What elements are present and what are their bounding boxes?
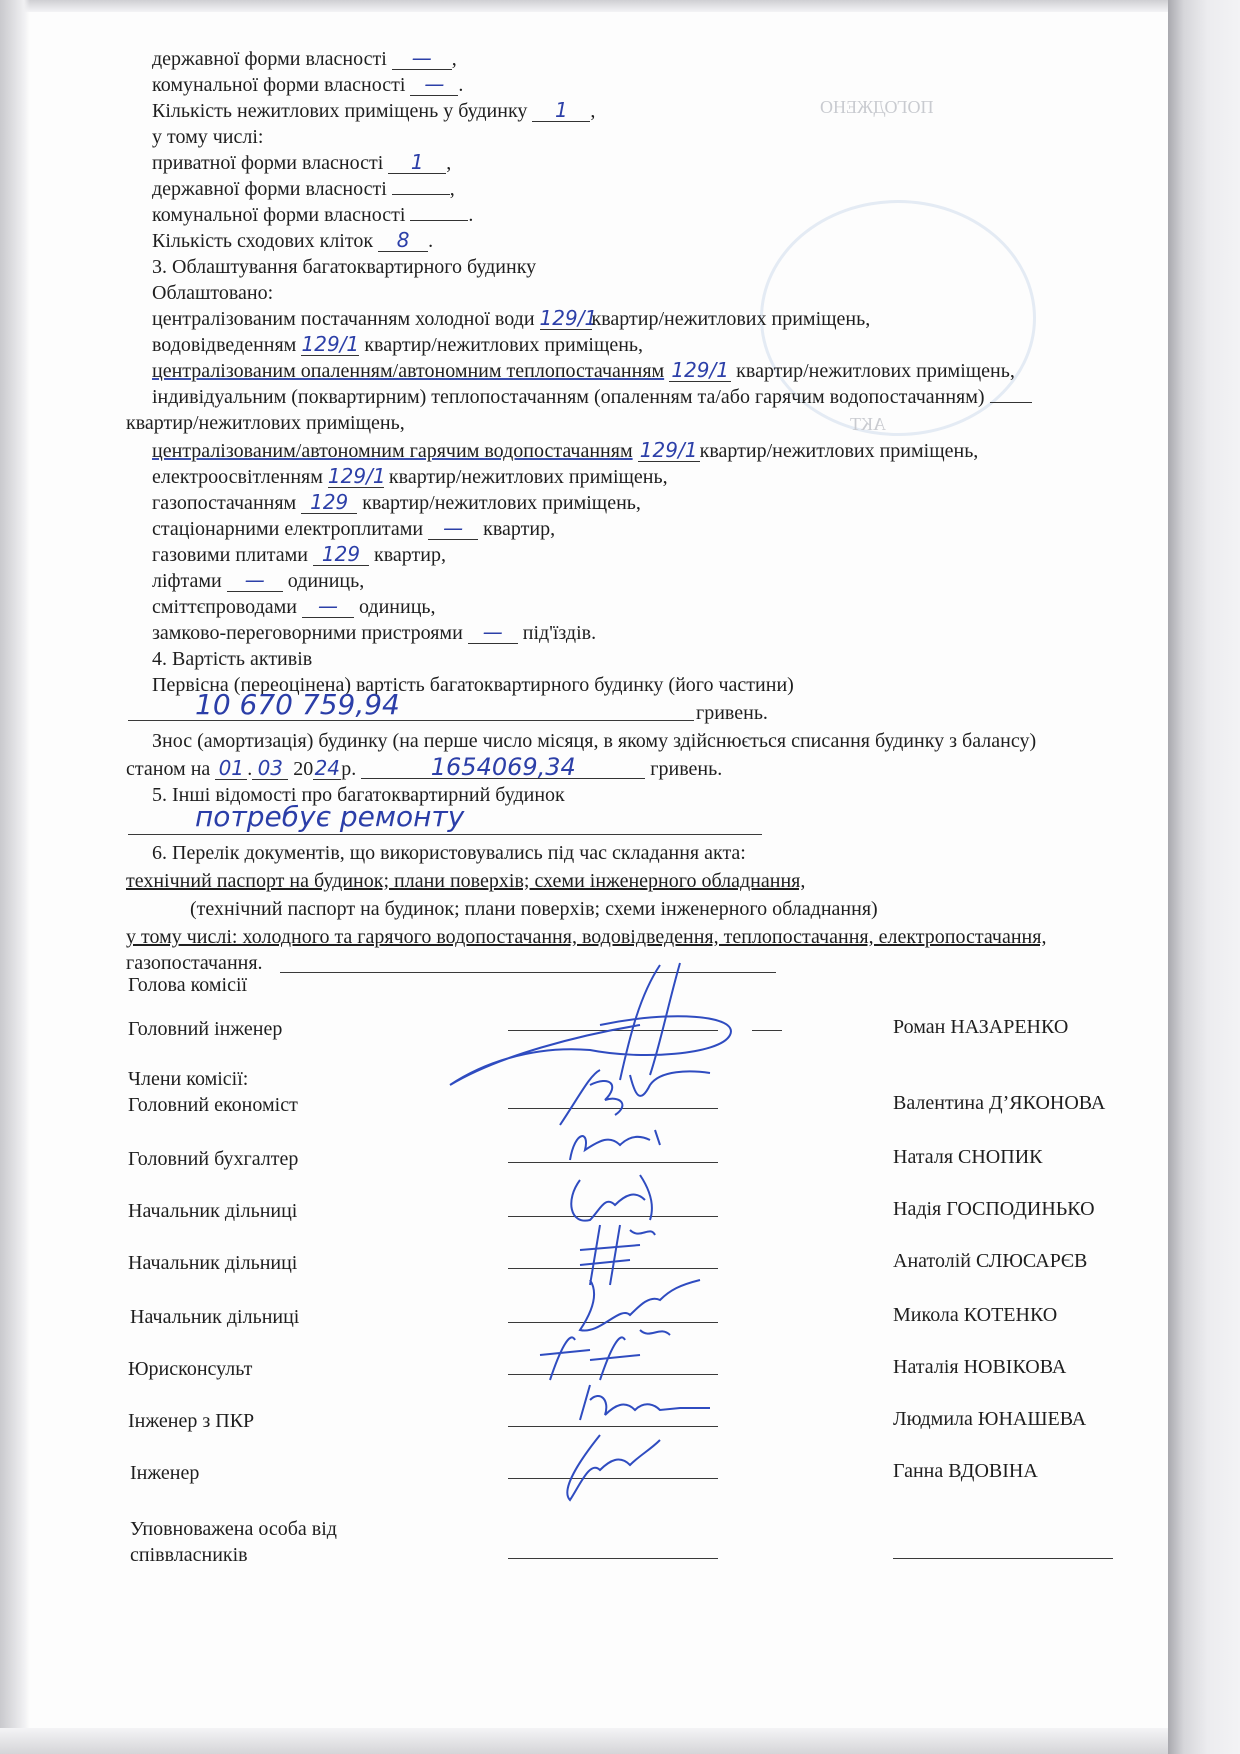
gas-stoves-value: 129	[313, 543, 369, 566]
bleed-through-act: АКТ	[850, 412, 886, 437]
nonresidential-count-value: 1	[532, 99, 590, 122]
name-site-manager-3: Микола КОТЕНКО	[893, 1304, 1057, 1327]
suffix: квартир/нежитлових приміщень,	[592, 308, 871, 330]
individual-heating-value	[990, 402, 1032, 403]
initial-value: 10 670 759,94	[195, 688, 400, 721]
label: централізованим/автономним гарячим водоп…	[152, 440, 633, 462]
signature-pkr-engineer	[560, 1380, 720, 1430]
hot-water-value: 129/1	[638, 439, 700, 462]
electric-lighting-line: електроосвітленням 129/1 квартир/нежитло…	[152, 464, 668, 490]
private-property-line: приватної форми власності 1,	[152, 150, 451, 176]
label: індивідуальним (поквартирним) теплопоста…	[152, 386, 985, 408]
gas-supply-line: газопостачанням 129 квартир/нежитлових п…	[152, 490, 641, 516]
communal-property-value-2	[410, 220, 468, 221]
signature-line-authorized-person	[508, 1558, 718, 1559]
including-label: у тому числі:	[152, 124, 263, 150]
suffix: одиниць,	[288, 570, 365, 592]
suffix: квартир/нежитлових приміщень,	[736, 360, 1015, 382]
state-property-line: державної форми власності —,	[152, 46, 457, 72]
as-of-year-suffix: 24	[313, 757, 341, 780]
label: державної форми власності	[152, 48, 387, 70]
name-line-authorized-person	[893, 1558, 1113, 1559]
intercoms-value: —	[468, 621, 518, 644]
intercoms-line: замково-переговорними пристроями — під'ї…	[152, 620, 596, 646]
suffix: квартир/нежитлових приміщень,	[362, 492, 641, 514]
role-site-manager-1: Начальник дільниці	[128, 1200, 297, 1223]
nonresidential-count-line: Кількість нежитлових приміщень у будинку…	[152, 98, 595, 124]
label: централізованим опаленням/автономним теп…	[152, 360, 664, 382]
suffix: під'їздів.	[523, 622, 596, 644]
elevators-line: ліфтами — одиниць,	[152, 568, 364, 594]
role-legal-counsel: Юрисконсульт	[128, 1358, 252, 1381]
label: замково-переговорними пристроями	[152, 622, 463, 644]
role-pkr-engineer: Інженер з ПКР	[128, 1410, 254, 1433]
label: Кількість нежитлових приміщень у будинку	[152, 100, 527, 122]
role-site-manager-3: Начальник дільниці	[130, 1306, 299, 1329]
section-3-heading: 3. Облаштування багатоквартирного будинк…	[152, 254, 536, 280]
initial-value-currency: гривень.	[696, 700, 768, 726]
depreciation-value: 1654069,34	[361, 756, 645, 779]
role-engineer: Інженер	[130, 1462, 199, 1485]
signature-engineer	[540, 1430, 680, 1505]
electric-stoves-value: —	[428, 517, 478, 540]
state-property-value-2	[392, 194, 450, 195]
suffix: квартир,	[483, 518, 555, 540]
central-heating-line: централізованим опаленням/автономним теп…	[152, 358, 1015, 384]
name-legal-counsel: Наталія НОВІКОВА	[893, 1356, 1066, 1379]
documents-line-1: технічний паспорт на будинок; плани пове…	[126, 868, 805, 894]
communal-property-line-2: комунальної форми власності .	[152, 202, 473, 228]
label: водовідведенням	[152, 334, 296, 356]
depreciation-label: Знос (амортизація) будинку (на перше чис…	[152, 728, 1036, 754]
bleed-through-approved: ПОГОДЖЕНО	[820, 95, 933, 120]
label: стаціонарними електроплитами	[152, 518, 423, 540]
private-property-value: 1	[388, 151, 446, 174]
label: ліфтами	[152, 570, 222, 592]
as-of-month: 03	[252, 757, 288, 780]
as-of-label: станом на	[126, 758, 210, 780]
authorized-person-label-2: співвласників	[130, 1544, 248, 1567]
central-heating-value: 129/1	[669, 359, 731, 382]
name-chief-economist: Валентина Д’ЯКОНОВА	[893, 1092, 1105, 1115]
documents-line-3: газопостачання.	[126, 950, 263, 976]
as-of-day: 01	[215, 757, 247, 780]
sewage-value: 129/1	[301, 333, 359, 356]
other-info-value: потребує ремонту	[195, 800, 464, 833]
documents-hint: (технічний паспорт на будинок; плани пов…	[190, 896, 878, 922]
label: газовими плитами	[152, 544, 308, 566]
scan-edge-left	[0, 0, 30, 1754]
commission-chair-label: Голова комісії	[128, 974, 247, 997]
suffix: квартир,	[374, 544, 446, 566]
suffix: квартир/нежитлових приміщень,	[364, 334, 643, 356]
name-site-manager-2: Анатолій СЛЮСАРЄВ	[893, 1250, 1087, 1273]
individual-heating-line: індивідуальним (поквартирним) теплопоста…	[152, 384, 1032, 410]
other-info-underline	[128, 834, 762, 835]
label: комунальної форми власності	[152, 74, 405, 96]
scan-edge-bottom	[0, 1728, 1240, 1754]
role-chief-engineer: Головний інженер	[128, 1018, 282, 1041]
sewage-line: водовідведенням 129/1 квартир/нежитлових…	[152, 332, 643, 358]
elevators-value: —	[227, 569, 283, 592]
electric-lighting-value: 129/1	[328, 465, 384, 488]
as-of-year-prefix: 20	[293, 758, 313, 780]
hot-water-line: централізованим/автономним гарячим водоп…	[152, 438, 978, 464]
label: Кількість сходових кліток	[152, 230, 373, 252]
stairwells-line: Кількість сходових кліток 8.	[152, 228, 433, 254]
individual-heating-suffix: квартир/нежитлових приміщень,	[126, 410, 405, 436]
currency: гривень.	[650, 758, 722, 780]
communal-property-value: —	[410, 73, 458, 96]
label: державної форми власності	[152, 178, 387, 200]
gas-supply-value: 129	[301, 491, 357, 514]
adjacent-page-edge	[1168, 0, 1240, 1754]
depreciation-line: станом на 01.03 2024р. 1654069,34 гривен…	[126, 756, 722, 782]
label: централізованим постачанням холодної вод…	[152, 308, 535, 330]
cold-water-line: централізованим постачанням холодної вод…	[152, 306, 870, 332]
equipped-label: Облаштовано:	[152, 280, 273, 306]
state-property-line-2: державної форми власності ,	[152, 176, 455, 202]
section-6-heading: 6. Перелік документів, що використовувал…	[152, 840, 746, 866]
garbage-chutes-value: —	[302, 595, 354, 618]
name-pkr-engineer: Людмила ЮНАШЕВА	[893, 1408, 1086, 1431]
suffix: квартир/нежитлових приміщень,	[700, 440, 979, 462]
electric-stoves-line: стаціонарними електроплитами — квартир,	[152, 516, 555, 542]
stairwells-value: 8	[378, 229, 428, 252]
cold-water-value: 129/1	[540, 307, 592, 330]
label: сміттєпроводами	[152, 596, 297, 618]
year-abbr: р.	[341, 758, 356, 780]
name-engineer: Ганна ВДОВІНА	[893, 1460, 1038, 1483]
suffix: квартир/нежитлових приміщень,	[389, 466, 668, 488]
label: електроосвітленням	[152, 466, 323, 488]
signature-chief-accountant	[560, 1120, 680, 1170]
documents-line-2: у тому числі: холодного та гарячого водо…	[126, 924, 1046, 950]
state-property-value: —	[392, 47, 452, 70]
name-chief-engineer: Роман НАЗАРЕНКО	[893, 1016, 1068, 1039]
gas-stoves-line: газовими плитами 129 квартир,	[152, 542, 446, 568]
garbage-chutes-line: сміттєпроводами — одиниць,	[152, 594, 436, 620]
initial-value-underline	[128, 720, 694, 721]
name-site-manager-1: Надія ГОСПОДИНЬКО	[893, 1198, 1095, 1221]
role-chief-economist: Головний економіст	[128, 1094, 298, 1117]
label: приватної форми власності	[152, 152, 383, 174]
authorized-person-label-1: Уповноважена особа від	[130, 1518, 337, 1541]
role-site-manager-2: Начальник дільниці	[128, 1252, 297, 1275]
role-chief-accountant: Головний бухгалтер	[128, 1148, 298, 1171]
commission-members-label: Члени комісії:	[128, 1068, 248, 1091]
suffix: одиниць,	[359, 596, 436, 618]
communal-property-line: комунальної форми власності —.	[152, 72, 463, 98]
section-4-heading: 4. Вартість активів	[152, 646, 312, 672]
scan-edge-top	[0, 0, 1240, 12]
documents-line-3-text: газопостачання.	[126, 952, 263, 974]
name-chief-accountant: Наталя СНОПИК	[893, 1146, 1042, 1169]
label: комунальної форми власності	[152, 204, 405, 226]
label: газопостачанням	[152, 492, 296, 514]
